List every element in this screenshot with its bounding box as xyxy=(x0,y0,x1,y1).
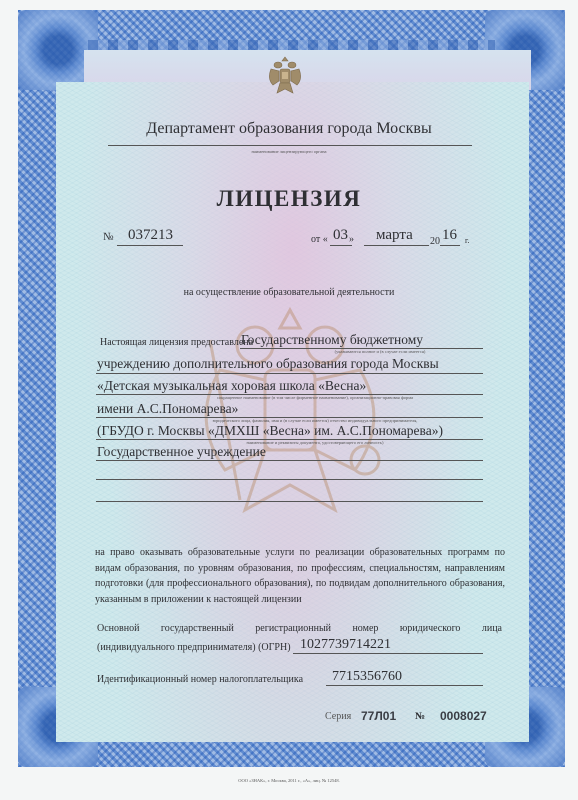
date-prefix: от « xyxy=(311,234,328,245)
licensee-line-3: «Детская музыкальная хоровая школа «Весн… xyxy=(97,378,366,394)
date-day-suffix: » xyxy=(349,234,354,245)
inn-label: Идентификационный номер налогоплательщик… xyxy=(97,674,303,685)
date-day: 03 xyxy=(333,227,348,244)
licensee-underline-2 xyxy=(96,373,483,374)
month-underline xyxy=(364,245,429,246)
ogrn-label-line-2: (индивидуального предпринимателя) (ОГРН) xyxy=(97,642,291,653)
licensee-line-6: Государственное учреждение xyxy=(97,444,266,460)
number-underline xyxy=(117,245,183,246)
series-label: Серия xyxy=(325,711,351,722)
license-number: 037213 xyxy=(128,227,173,244)
day-underline xyxy=(330,245,352,246)
licensee-caption-2: сокращенное наименование (в том числе фи… xyxy=(150,395,480,400)
authority-underline xyxy=(108,145,472,146)
date-month: марта xyxy=(376,227,413,244)
ogrn-value: 1027739714221 xyxy=(300,637,391,653)
inn-value: 7715356760 xyxy=(332,669,402,685)
licensee-line-2: учреждению дополнительного образования г… xyxy=(97,356,439,372)
serial-number-label: № xyxy=(415,711,425,722)
printer-footer: ООО «ЗНАК», г. Москва, 2011 г., «А», лиц… xyxy=(0,778,578,783)
blank-underline-1 xyxy=(96,479,483,480)
rights-paragraph: на право оказывать образовательные услуг… xyxy=(95,545,505,607)
licensee-line-5: (ГБУДО г. Москвы «ДМХШ «Весна» им. А.С.П… xyxy=(97,423,443,439)
date-year-prefix: 20 xyxy=(430,236,440,247)
blank-underline-2 xyxy=(96,501,483,502)
date-year: 16 xyxy=(442,227,457,244)
granted-to-label: Настоящая лицензия предоставлена xyxy=(100,337,253,348)
license-purpose: на осуществление образовательной деятель… xyxy=(0,287,578,298)
authority-caption: наименование лицензирующего органа xyxy=(0,149,578,154)
licensee-line-1: Государственному бюджетному xyxy=(241,332,423,348)
date-year-mark: г. xyxy=(465,236,469,245)
licensee-underline-6 xyxy=(96,460,483,461)
inn-underline xyxy=(326,685,483,686)
double-headed-eagle-icon xyxy=(265,55,305,97)
issuing-authority: Департамент образования города Москвы xyxy=(0,120,578,138)
document-title: ЛИЦЕНЗИЯ xyxy=(0,186,578,212)
licensee-caption-1: (указываются полное и (в случае если име… xyxy=(290,349,470,354)
year-underline xyxy=(440,245,460,246)
ogrn-label-line-1: Основной государственный регистрационный… xyxy=(97,623,502,634)
series-value: 77Л01 xyxy=(361,709,396,723)
license-number-label: № xyxy=(103,231,114,243)
licensee-line-4: имени А.С.Пономарева» xyxy=(97,401,238,417)
serial-number: 0008027 xyxy=(440,709,487,723)
ogrn-underline xyxy=(293,653,483,654)
